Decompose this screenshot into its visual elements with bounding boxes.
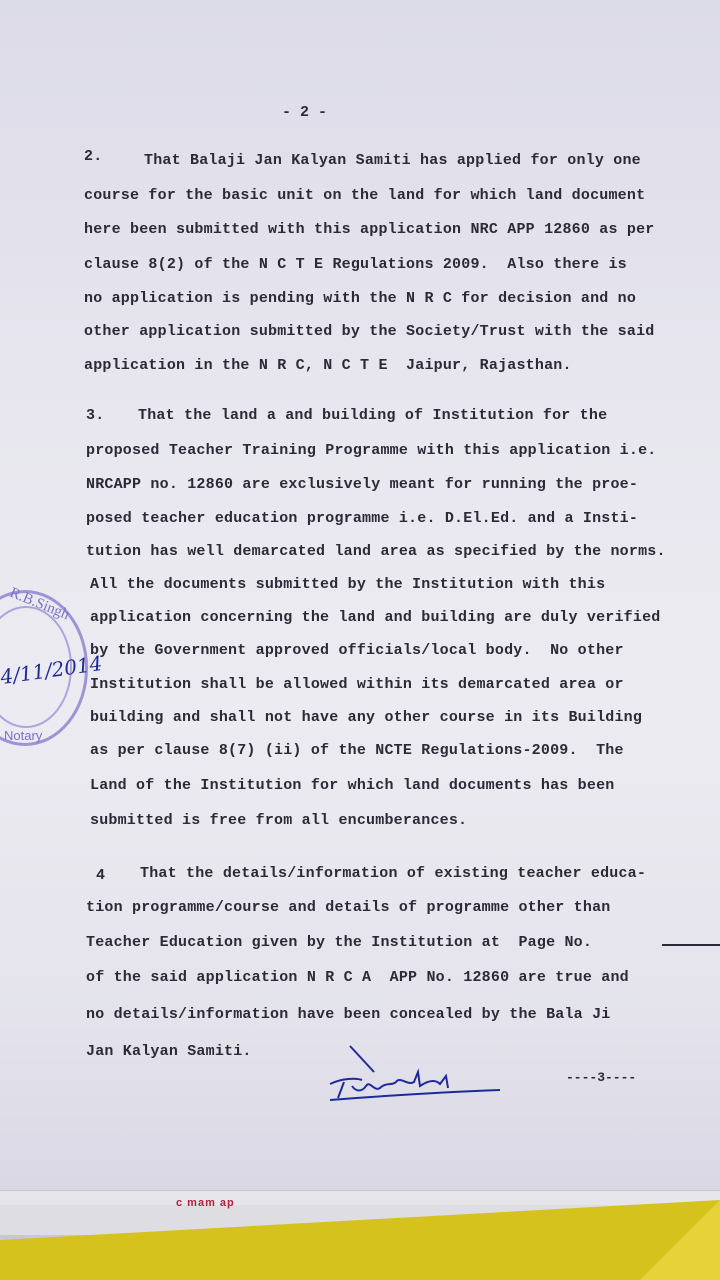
paragraph-3-line: NRCAPP no. 12860 are exclusively meant f… [86,476,638,493]
paragraph-4-number: 4 [96,867,105,884]
paragraph-3-line: by the Government approved officials/loc… [90,642,624,659]
paragraph-2-line: application in the N R C, N C T E Jaipur… [84,357,572,374]
signature-icon [322,1042,502,1112]
stamp-title: Notary [4,728,42,743]
paragraph-3-line: submitted is free from all encumberances… [90,812,467,829]
paragraph-3-line: posed teacher education programme i.e. D… [86,510,638,527]
paragraph-2-line: course for the basic unit on the land fo… [84,187,645,204]
paragraph-3-line: as per clause 8(7) (ii) of the NCTE Regu… [90,742,624,759]
paragraph-2-number: 2. [84,148,102,165]
paragraph-4-line: Jan Kalyan Samiti. [86,1043,252,1060]
paragraph-3-line: proposed Teacher Training Programme with… [86,442,657,459]
paragraph-4-line: Teacher Education given by the Instituti… [86,934,592,951]
paragraph-2-line: That Balaji Jan Kalyan Samiti has applie… [144,152,641,169]
page-number: - 2 - [282,104,327,121]
paragraph-2-line: clause 8(2) of the N C T E Regulations 2… [84,256,627,273]
paragraph-2-line: no application is pending with the N R C… [84,290,636,307]
paragraph-3-line: application concerning the land and buil… [90,609,661,626]
paragraph-4-line: no details/information have been conceal… [86,1006,610,1023]
paragraph-3-line: All the documents submitted by the Insti… [90,576,605,593]
paragraph-3-line: tution has well demarcated land area as … [86,543,666,560]
next-page-marker: ----3---- [566,1070,636,1085]
paragraph-3-line: Land of the Institution for which land d… [90,777,614,794]
paragraph-3-number: 3. [86,407,104,424]
paragraph-3-line: That the land a and building of Institut… [138,407,607,424]
paragraph-3-line: building and shall not have any other co… [90,709,642,726]
paragraph-2-line: other application submitted by the Socie… [84,323,655,340]
paragraph-4-line: tion programme/course and details of pro… [86,899,610,916]
paragraph-4-line: of the said application N R C A APP No. … [86,969,629,986]
page-number-blank [662,944,720,946]
paragraph-4-line: That the details/information of existing… [140,865,646,882]
paragraph-3-line: Institution shall be allowed within its … [90,676,624,693]
paragraph-2-line: here been submitted with this applicatio… [84,221,655,238]
underlying-sheet-text: c mam ap [176,1197,235,1209]
